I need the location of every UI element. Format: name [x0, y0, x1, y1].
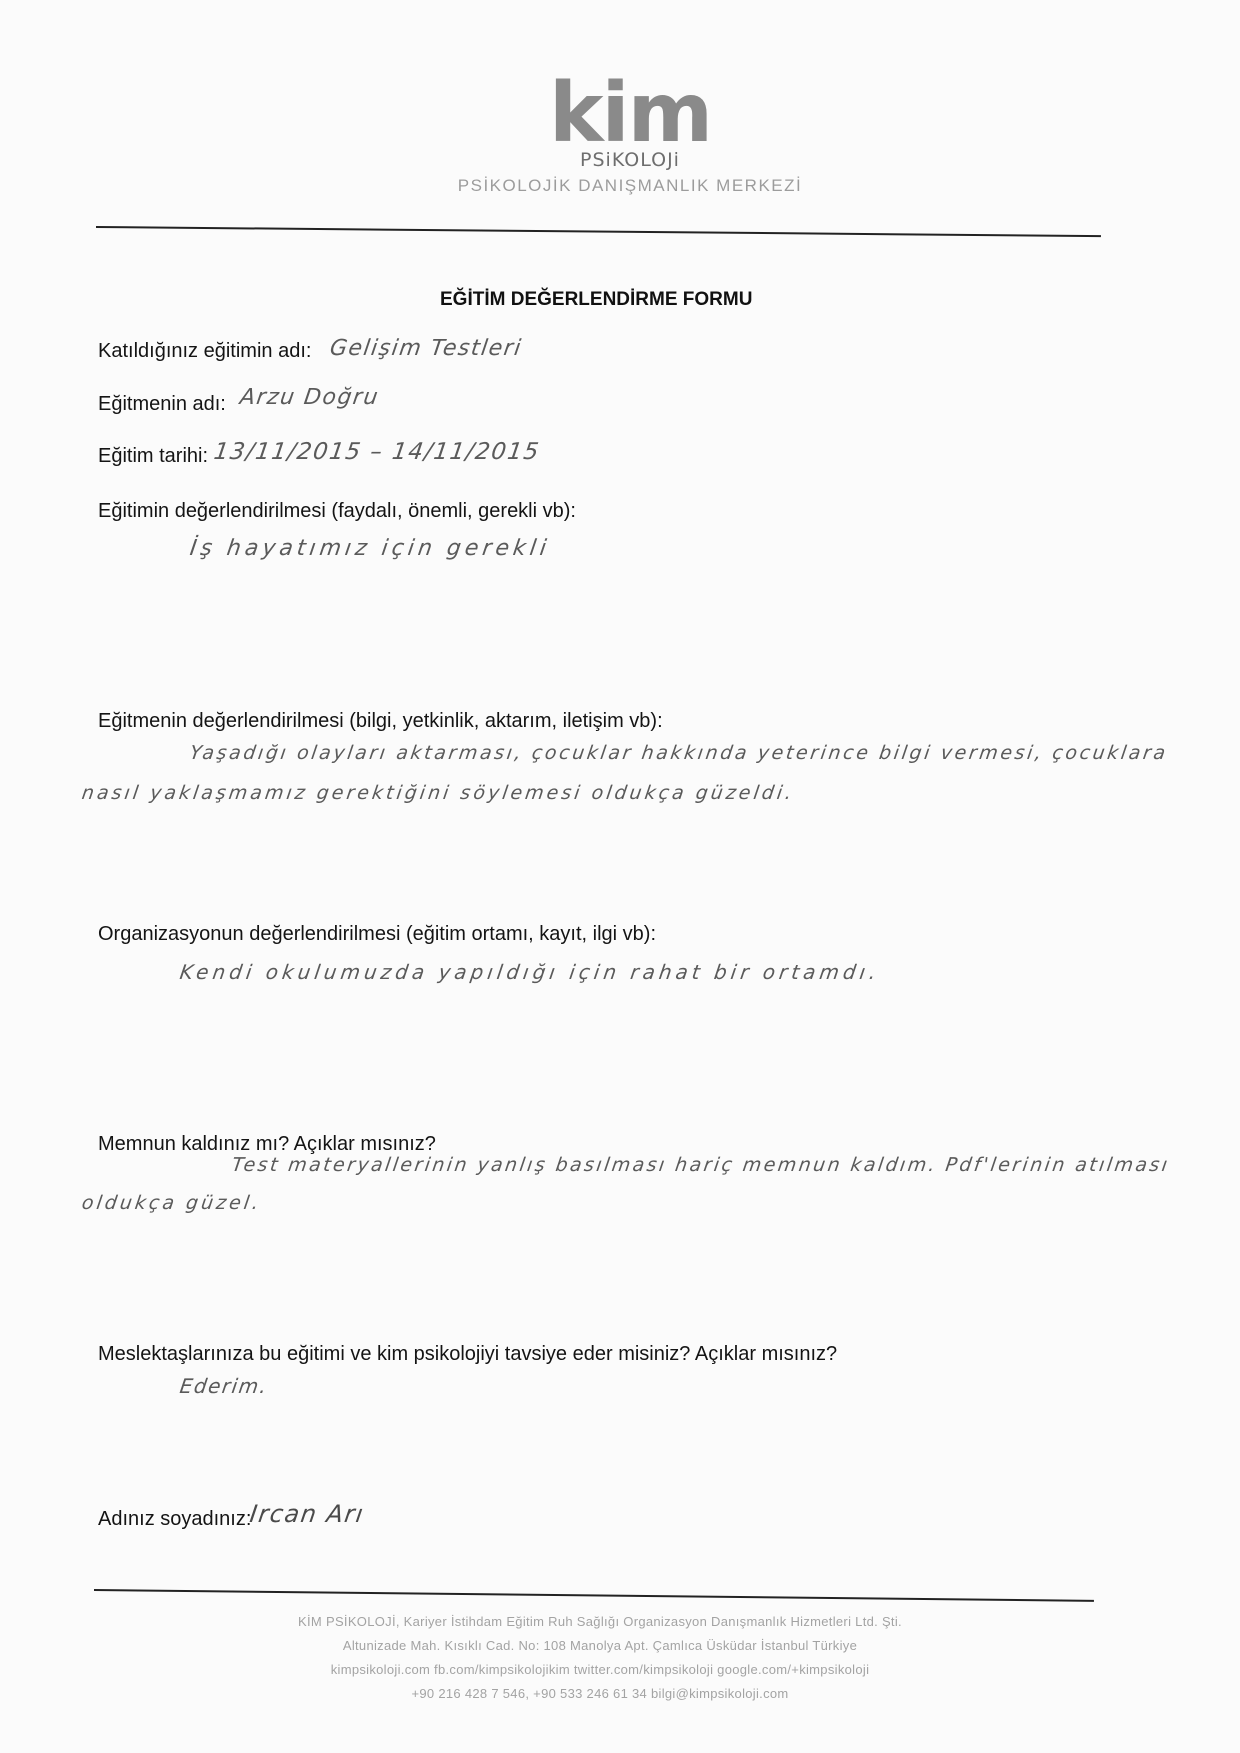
organization-eval-answer[interactable]: Kendi okulumuzda yapıldığı için rahat bi… — [178, 960, 881, 984]
logo-word: PSiKOLOJi — [540, 149, 720, 171]
satisfaction-label: Memnun kaldınız mı? Açıklar mısınız? — [98, 1133, 436, 1156]
header-divider — [96, 226, 1101, 237]
satisfaction-answer-line-2[interactable]: oldukça güzel. — [80, 1192, 262, 1214]
training-name-label: Katıldığınız eğitimin adı: — [98, 340, 311, 363]
logo-subtitle: PSİKOLOJİK DANIŞMANLIK MERKEZİ — [300, 176, 960, 196]
training-eval-answer[interactable]: İş hayatımız için gerekli — [188, 536, 552, 561]
logo-text: kim — [549, 66, 711, 161]
satisfaction-answer-line-1[interactable]: Test materyallerinin yanlış basılması ha… — [230, 1154, 1171, 1176]
organization-eval-label: Organizasyonun değerlendirilmesi (eğitim… — [98, 923, 656, 946]
trainer-name-label: Eğitmenin adı: — [98, 393, 226, 416]
signature-label: Adınız soyadınız: — [98, 1508, 251, 1531]
recommend-label: Meslektaşlarınıza bu eğitimi ve kim psik… — [98, 1343, 837, 1366]
trainer-eval-answer-line-1[interactable]: Yaşadığı olayları aktarması, çocuklar ha… — [188, 742, 1169, 764]
training-date-field[interactable]: 13/11/2015 – 14/11/2015 — [212, 439, 541, 465]
form-title: EĞİTİM DEĞERLENDİRME FORMU — [440, 289, 752, 311]
signature-field[interactable]: Ircan Arı — [248, 1500, 366, 1528]
training-eval-label: Eğitimin değerlendirilmesi (faydalı, öne… — [98, 500, 576, 523]
footer-contact: +90 216 428 7 546, +90 533 246 61 34 bil… — [150, 1686, 1050, 1701]
footer-address: Altunizade Mah. Kısıklı Cad. No: 108 Man… — [150, 1638, 1050, 1653]
recommend-answer[interactable]: Ederim. — [178, 1374, 269, 1398]
footer-divider — [94, 1589, 1094, 1602]
trainer-eval-label: Eğitmenin değerlendirilmesi (bilgi, yetk… — [98, 710, 663, 733]
logo-mark: kim — [540, 82, 720, 146]
footer-web: kimpsikoloji.com fb.com/kimpsikolojikim … — [150, 1662, 1050, 1677]
training-name-field[interactable]: Gelişim Testleri — [328, 336, 523, 361]
footer-company: KİM PSİKOLOJİ, Kariyer İstihdam Eğitim R… — [150, 1614, 1050, 1629]
trainer-eval-answer-line-2[interactable]: nasıl yaklaşmamız gerektiğini söylemesi … — [80, 782, 795, 804]
training-date-label: Eğitim tarihi: — [98, 445, 208, 468]
trainer-name-field[interactable]: Arzu Doğru — [238, 385, 380, 410]
